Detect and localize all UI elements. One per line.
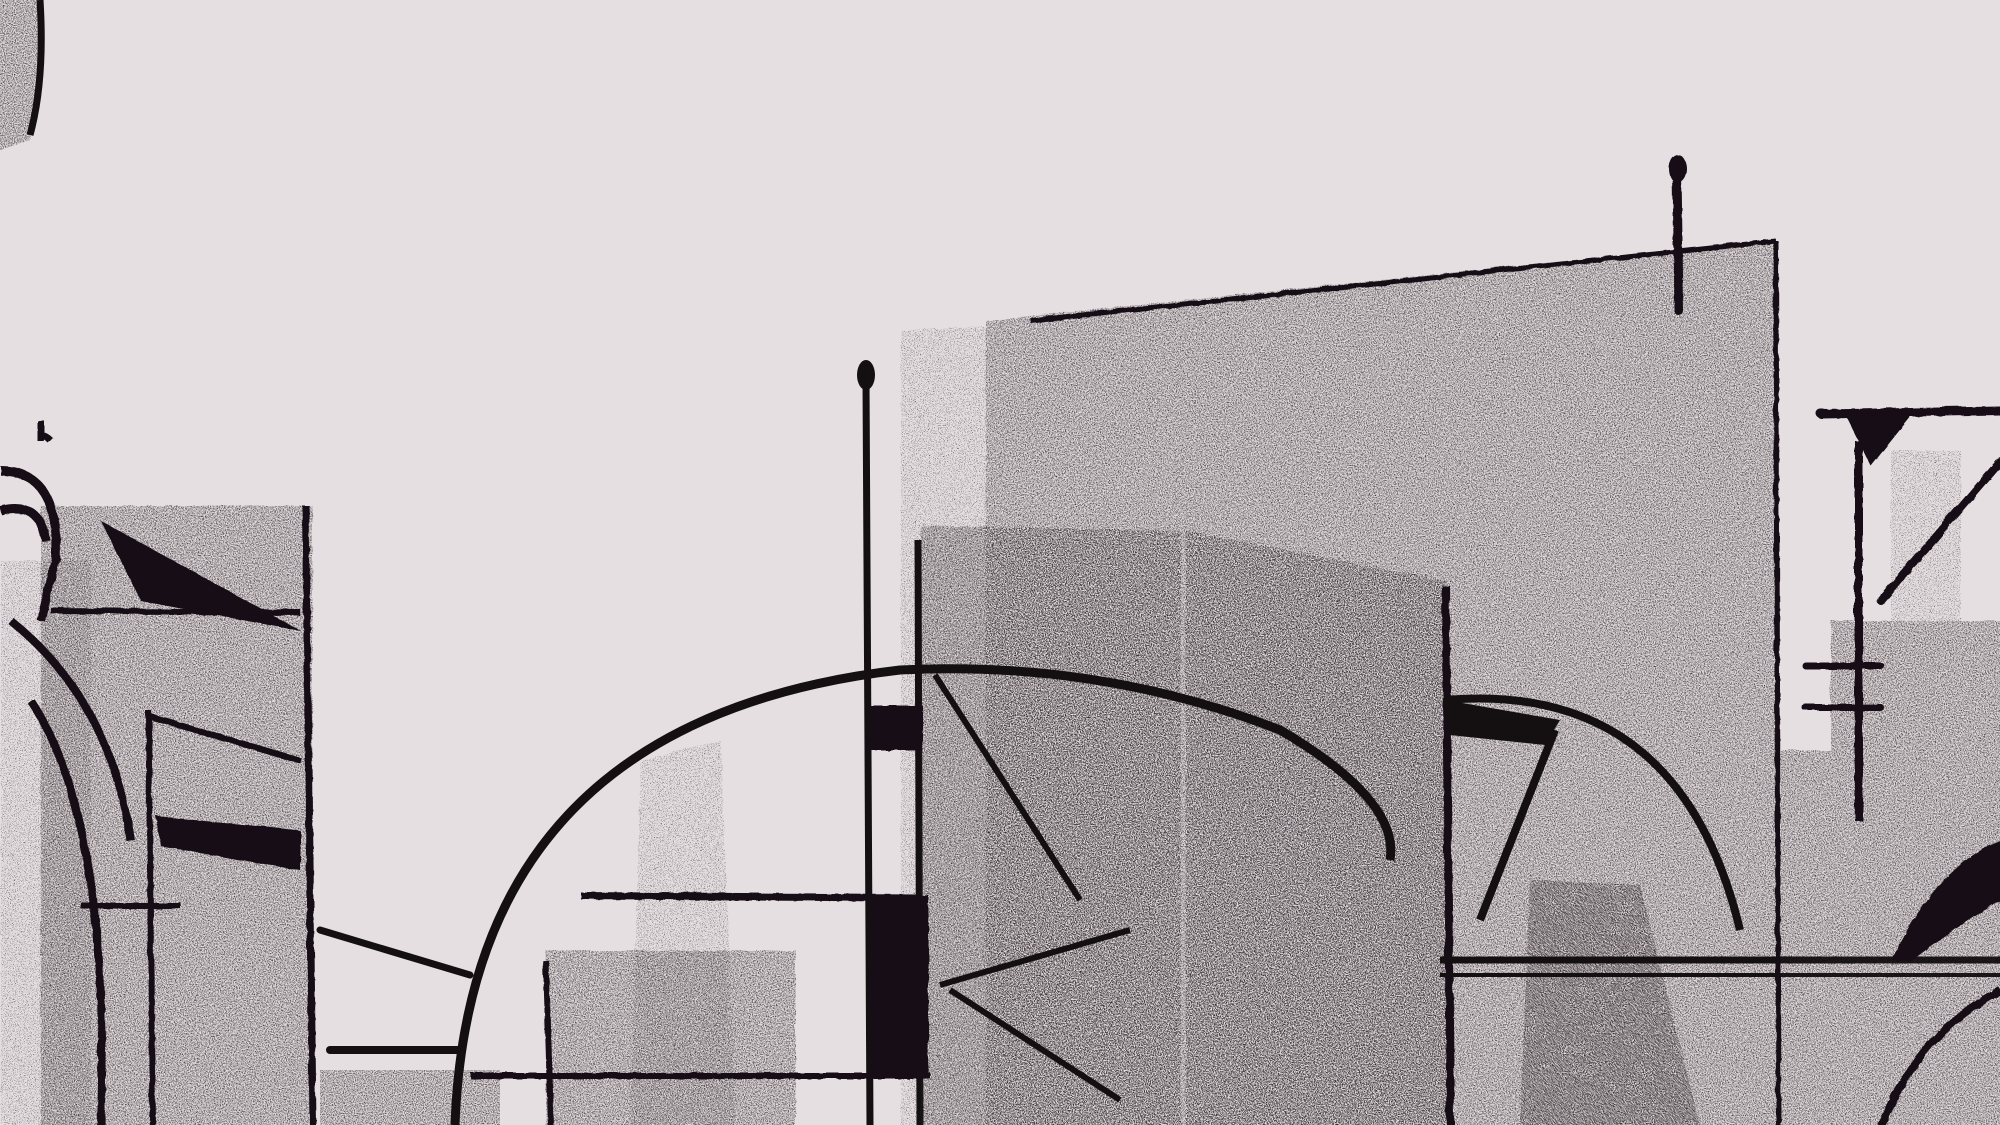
left-building [0, 420, 312, 1125]
abstract-architectural-print [0, 0, 2000, 1125]
top-left-fragment [0, 0, 41, 150]
